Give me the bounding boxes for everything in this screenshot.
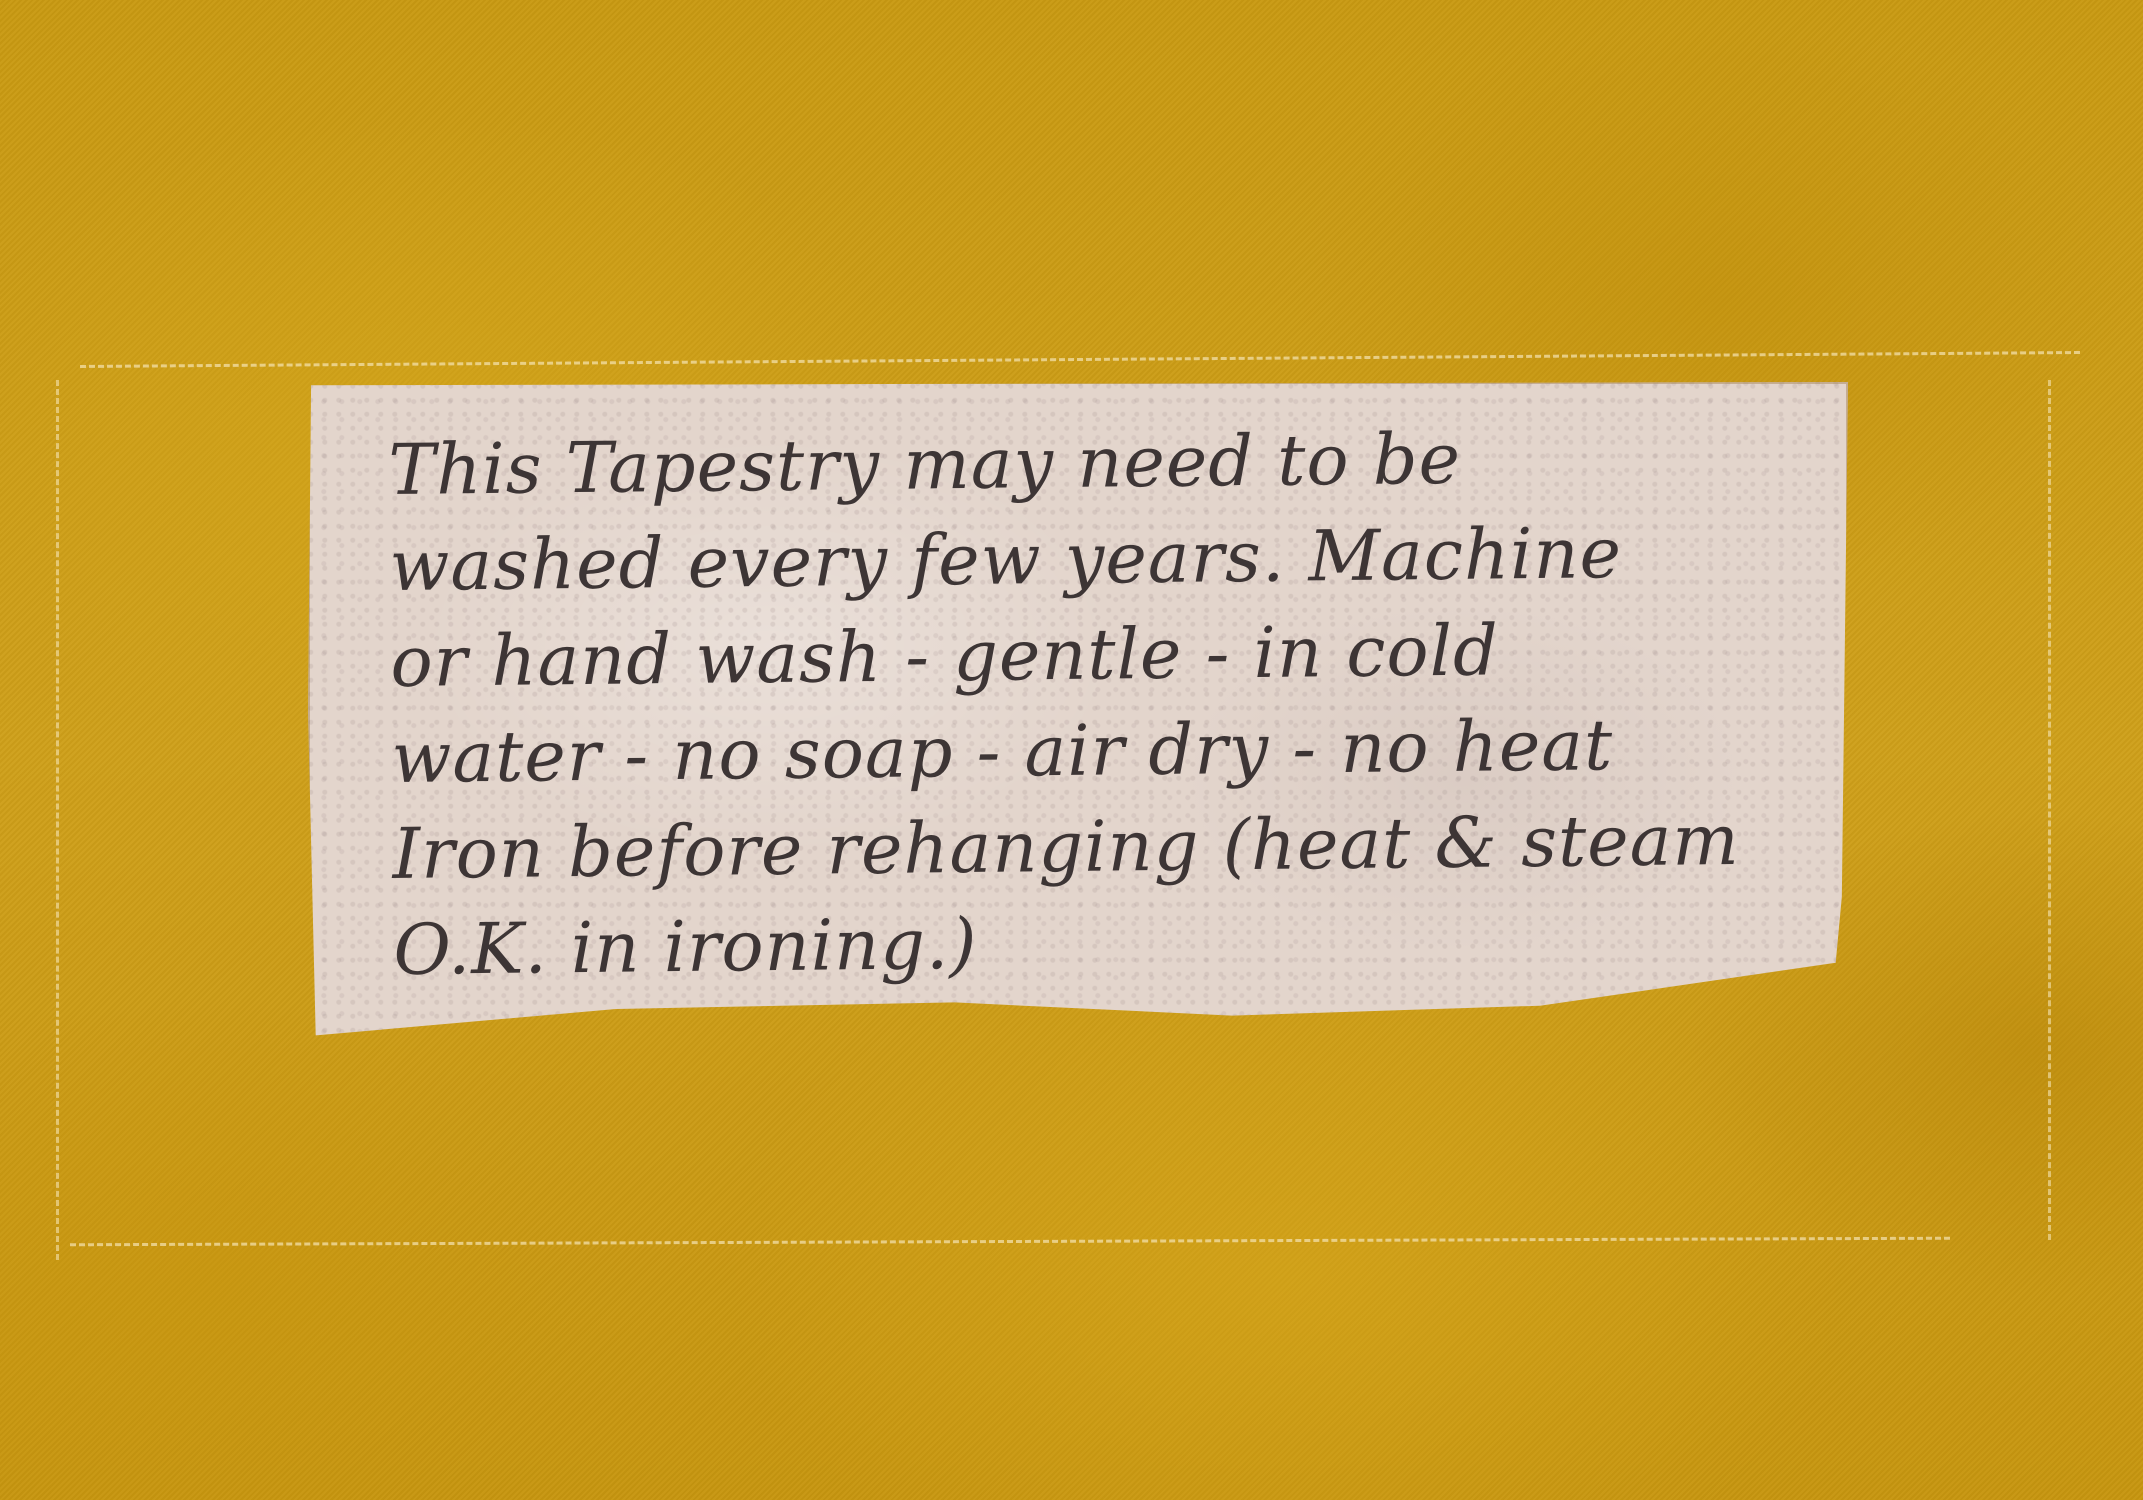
handwritten-care-instructions: This Tapestry may need to be washed ever… bbox=[388, 407, 1814, 998]
label-line-5: Iron before rehanging (heat & steam bbox=[392, 791, 1813, 902]
label-line-3: or hand wash - gentle - in cold bbox=[390, 599, 1811, 710]
label-line-6: O.K. in ironing.) bbox=[393, 887, 1814, 998]
label-line-4: water - no soap - air dry - no heat bbox=[391, 695, 1812, 806]
care-label-patch: This Tapestry may need to be washed ever… bbox=[308, 382, 1848, 1042]
label-line-1: This Tapestry may need to be bbox=[388, 407, 1809, 518]
stitch-line-left bbox=[56, 380, 59, 1260]
stitch-line-right bbox=[2048, 380, 2051, 1240]
label-line-2: washed every few years. Machine bbox=[389, 503, 1810, 614]
